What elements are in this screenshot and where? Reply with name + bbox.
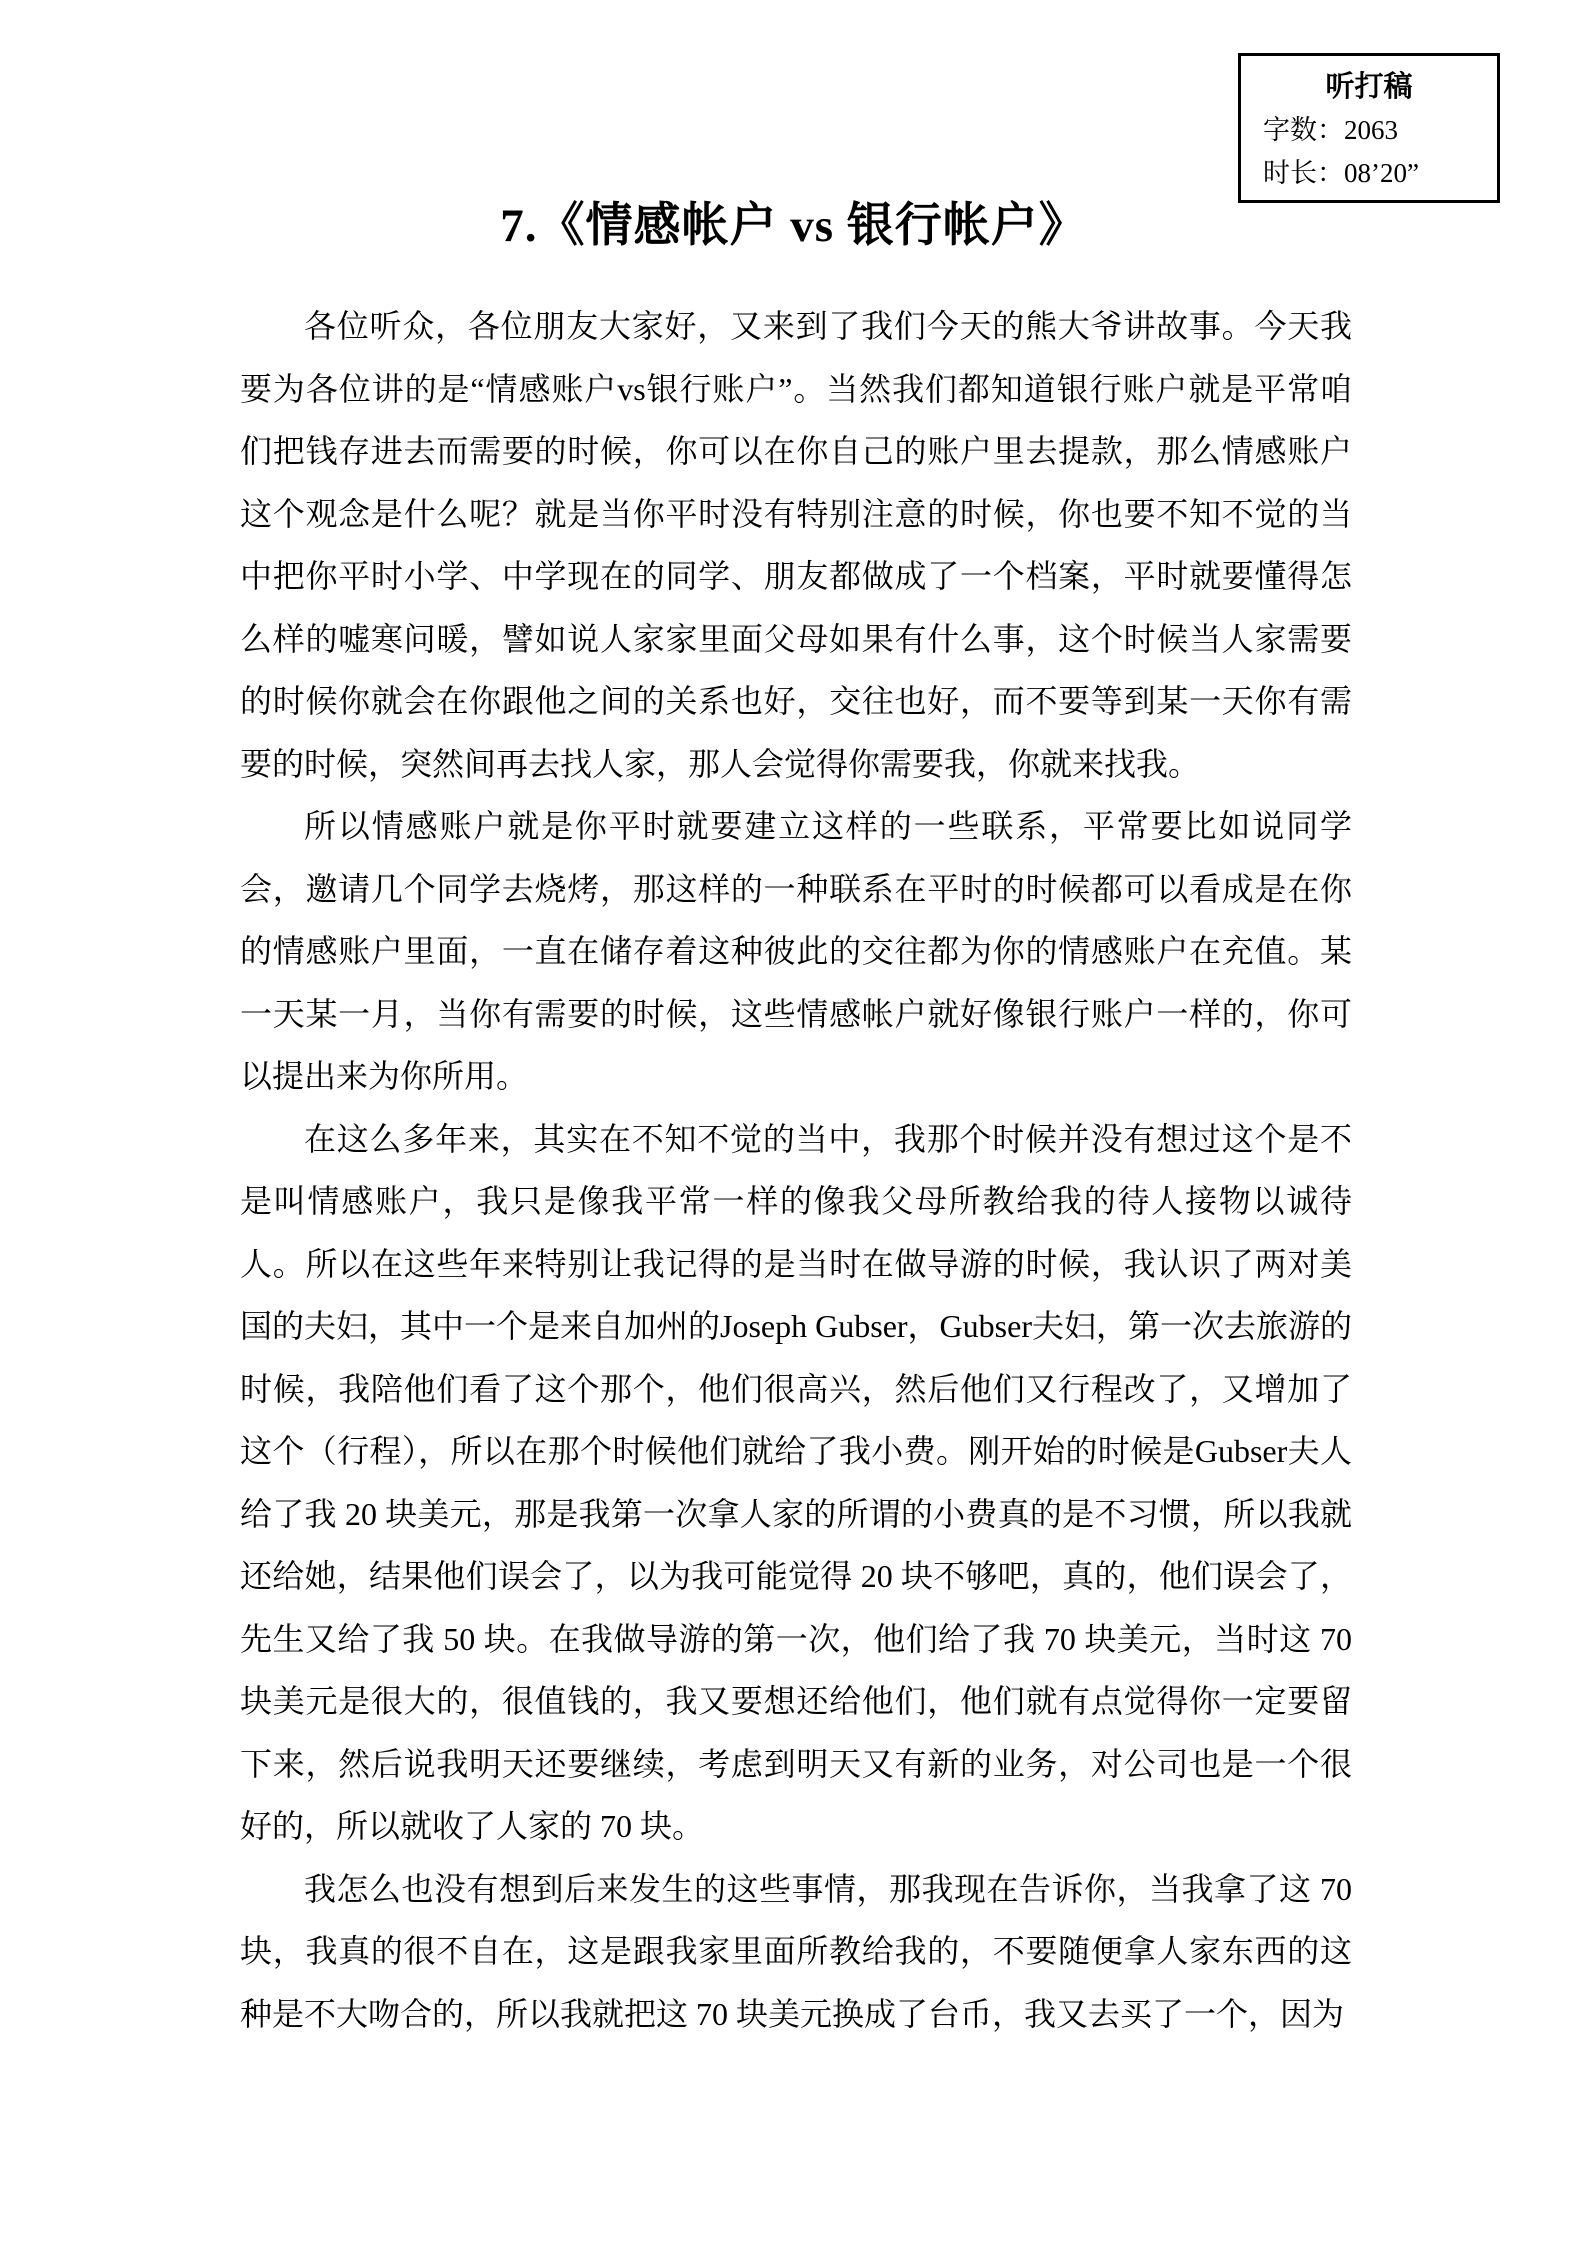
document-title: 7.《情感帐户 vs 银行帐户》 xyxy=(0,188,1587,255)
word-count-label: 字数： xyxy=(1263,115,1344,145)
word-count-row: 字数：2063 xyxy=(1241,109,1497,152)
paragraph-2: 所以情感账户就是你平时就要建立这样的一些联系，平常要比如说同学会，邀请几个同学去… xyxy=(240,795,1352,1108)
transcript-info-box: 听打稿 字数：2063 时长：08’20” xyxy=(1238,53,1500,203)
word-count-value: 2063 xyxy=(1344,115,1398,145)
duration-value: 08’20” xyxy=(1344,158,1419,188)
paragraph-4: 我怎么也没有想到后来发生的这些事情，那我现在告诉你，当我拿了这 70 块，我真的… xyxy=(240,1858,1352,2046)
info-box-title: 听打稿 xyxy=(1241,66,1497,109)
paragraph-1: 各位听众，各位朋友大家好，又来到了我们今天的熊大爷讲故事。今天我要为各位讲的是“… xyxy=(240,295,1352,795)
paragraph-3: 在这么多年来，其实在不知不觉的当中，我那个时候并没有想过这个是不是叫情感账户，我… xyxy=(240,1108,1352,1858)
duration-label: 时长： xyxy=(1263,158,1344,188)
document-page: 听打稿 字数：2063 时长：08’20” 7.《情感帐户 vs 银行帐户》 各… xyxy=(0,0,1587,2245)
document-body: 各位听众，各位朋友大家好，又来到了我们今天的熊大爷讲故事。今天我要为各位讲的是“… xyxy=(240,295,1352,2045)
